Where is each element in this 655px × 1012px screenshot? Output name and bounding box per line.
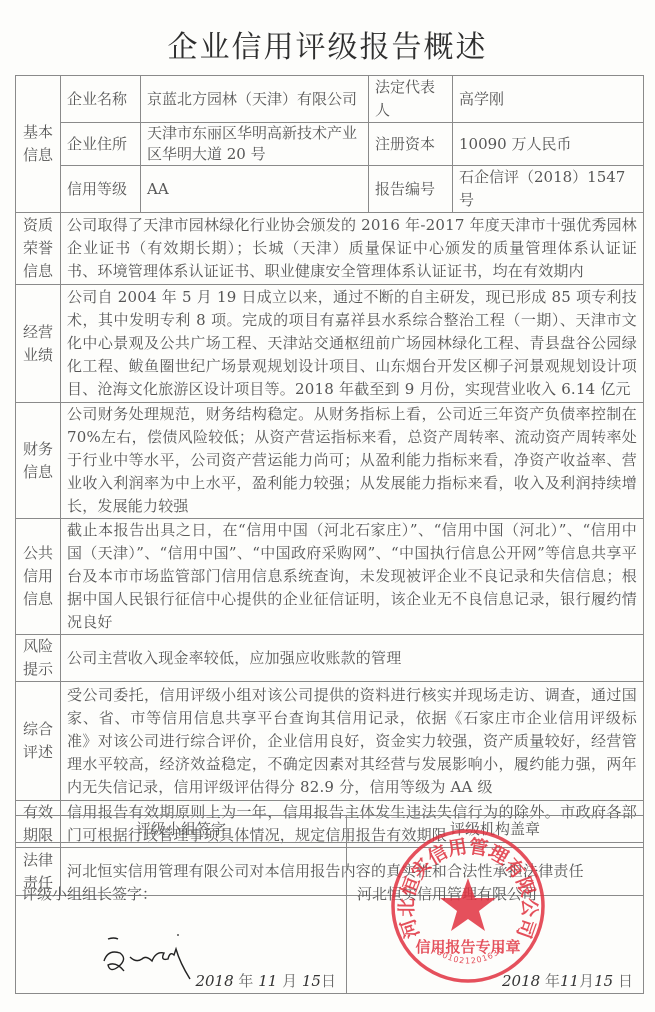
section-label-public-credit: 公共 信用 信息 — [16, 519, 61, 635]
report-no-label: 报告编号 — [369, 166, 453, 213]
comprehensive-text: 受公司委托，信用评级小组对该公司提供的资料进行核实并现场走访、调查，通过国家、省… — [61, 682, 644, 801]
row-finance: 财务 信息 公司财务处理规范，财务结构稳定。从财务指标上看，公司近三年资产负债率… — [16, 403, 644, 519]
team-signature-cell: 评级小组组长签字： 2018 年 11 月 15日 — [16, 843, 347, 994]
svg-text:信用报告专用章: 信用报告专用章 — [415, 938, 520, 956]
row-public-credit: 公共 信用 信息 截止本报告出具之日，在“信用中国（河北石家庄）”、“信用中国（… — [16, 519, 644, 635]
section-label-finance: 财务 信息 — [16, 403, 61, 519]
capital-label: 注册资本 — [369, 123, 453, 166]
report-table: 基本 信息 企业名称 京蓝北方园林（天津）有限公司 法定代表人 高学刚 企业住所… — [15, 75, 644, 896]
row-company-name: 基本 信息 企业名称 京蓝北方园林（天津）有限公司 法定代表人 高学刚 — [16, 76, 644, 123]
team-sign-date: 2018 年 11 月 15日 — [195, 970, 336, 991]
report-no-value: 石企信评（2018）1547 号 — [453, 166, 644, 213]
public-credit-text: 截止本报告出具之日，在“信用中国（河北石家庄）”、“信用中国（河北）”、“信用中… — [61, 519, 644, 635]
row-qualification: 资质 荣誉 信息 公司取得了天津市园林绿化行业协会颁发的 2016 年-2017… — [16, 213, 644, 285]
operations-text: 公司自 2004 年 5 月 19 日成立以来，通过不断的自主研发，现已形成 8… — [61, 285, 644, 403]
row-risk: 风险 提示 公司主营收入现金率较低，应加强应收账款的管理 — [16, 635, 644, 682]
section-label-risk: 风险 提示 — [16, 635, 61, 682]
risk-text: 公司主营收入现金率较低，应加强应收账款的管理 — [61, 635, 644, 682]
section-label-qualification: 资质 荣誉 信息 — [16, 213, 61, 285]
address-label: 企业住所 — [61, 123, 141, 166]
team-leader-sign-label: 评级小组组长签字： — [22, 883, 157, 904]
document-title: 企业信用评级报告概述 — [0, 22, 655, 66]
row-comprehensive: 综合 评述 受公司委托，信用评级小组对该公司提供的资料进行核实并现场走访、调查，… — [16, 682, 644, 801]
credit-level-value: AA — [141, 166, 369, 213]
official-seal-icon: 河北恒实信用管理有限公司 信用报告专用章 1301021201636 — [388, 826, 548, 986]
signature-table: 评级小组签字 评级机构盖章 评级小组组长签字： 2018 年 11 月 15日 … — [15, 815, 644, 994]
address-value: 天津市东丽区华明高新技术产业区华明大道 20 号 — [141, 123, 369, 166]
credit-level-label: 信用等级 — [61, 166, 141, 213]
finance-text: 公司财务处理规范，财务结构稳定。从财务指标上看，公司近三年资产负债率控制在 70… — [61, 403, 644, 519]
legal-rep-label: 法定代表人 — [369, 76, 453, 123]
legal-rep-value: 高学刚 — [453, 76, 644, 123]
section-label-comprehensive: 综合 评述 — [16, 682, 61, 801]
row-operations: 经营 业绩 公司自 2004 年 5 月 19 日成立以来，通过不断的自主研发，… — [16, 285, 644, 403]
handwritten-signature-icon — [96, 931, 206, 986]
row-credit-level: 信用等级 AA 报告编号 石企信评（2018）1547 号 — [16, 166, 644, 213]
qualification-text: 公司取得了天津市园林绿化行业协会颁发的 2016 年-2017 年度天津市十强优… — [61, 213, 644, 285]
section-label-operations: 经营 业绩 — [16, 285, 61, 403]
company-name-value: 京蓝北方园林（天津）有限公司 — [141, 76, 369, 123]
team-signature-header: 评级小组签字 — [16, 816, 347, 843]
company-name-label: 企业名称 — [61, 76, 141, 123]
capital-value: 10090 万人民币 — [453, 123, 644, 166]
section-label-basic-info: 基本 信息 — [16, 76, 61, 213]
row-address: 企业住所 天津市东丽区华明高新技术产业区华明大道 20 号 注册资本 10090… — [16, 123, 644, 166]
